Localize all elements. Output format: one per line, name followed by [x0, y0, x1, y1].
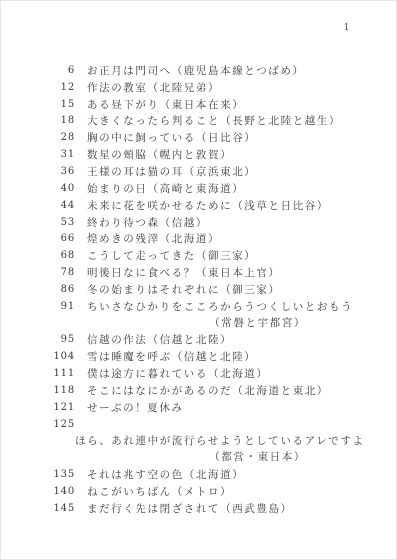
toc-entry: 104雪は睡魔を呼ぶ（信越と北陸） [47, 348, 368, 365]
toc-entry: （都営・東日本） [47, 449, 368, 466]
entry-page-number: 86 [47, 284, 75, 295]
entry-page-number: 44 [47, 200, 75, 211]
entry-title: 未来に花を咲かせるために（浅草と日比谷） [87, 198, 329, 213]
entry-title: そこにはなにかがあるのだ（北海道と東北） [87, 383, 329, 398]
entry-title: 明後日なに食べる？（東日本上官） [87, 265, 281, 280]
entry-title: 信越の作法（信越と北陸） [87, 332, 232, 347]
entry-page-number: 91 [47, 301, 75, 312]
toc-entry: 44未来に花を咲かせるために（浅草と日比谷） [47, 197, 368, 214]
entry-title: それは兆す空の色（北海道） [87, 467, 244, 482]
toc-entry: 125 [47, 416, 368, 433]
entry-title: 冬の始まりはそれぞれに（御三家） [87, 282, 281, 297]
entry-page-number: 6 [47, 65, 75, 76]
toc-entry: 121せーぶの！夏休み [47, 399, 368, 416]
entry-page-number: 31 [47, 149, 75, 160]
entry-page-number: 53 [47, 217, 75, 228]
entry-title: ねこがいちばん（メトロ） [87, 484, 232, 499]
entry-title: まだ行く先は閉ざされて（西武豊島） [87, 501, 293, 516]
toc-entry: ほら、あれ連中が流行らせようとしているアレですよ [47, 433, 368, 450]
entry-page-number: 12 [47, 82, 75, 93]
entry-page-number: 111 [47, 368, 75, 379]
entry-title: ちいさなひかりをこころからうつくしいとおもう [87, 299, 353, 314]
entry-page-number: 15 [47, 99, 75, 110]
entry-title: 始まりの日（高崎と東海道） [87, 181, 244, 196]
entry-title-continuation: （常磐と宇都宮） [209, 317, 306, 329]
entry-title: 大きくなったら判ること（長野と北陸と越生） [87, 113, 341, 128]
entry-page-number: 95 [47, 334, 75, 345]
entry-title: 僕は途方に暮れている（北海道） [87, 366, 269, 381]
toc-entry: 111僕は途方に暮れている（北海道） [47, 365, 368, 382]
entry-page-number: 104 [47, 351, 75, 362]
document-page: 1 6お正月は門司へ（鹿児島本線とつばめ）12作法の教室（北陸兄弟）15ある昼下… [0, 0, 397, 560]
toc-entry: 66煌めきの残滓（北海道） [47, 230, 368, 247]
toc-entry: 78明後日なに食べる？（東日本上官） [47, 264, 368, 281]
entry-title: 終わり待つ森（信越） [87, 215, 208, 230]
toc-entry: 68こうして走ってきた（御三家） [47, 247, 368, 264]
toc-entry: 6お正月は門司へ（鹿児島本線とつばめ） [47, 62, 368, 79]
toc-entry: 36王様の耳は猫の耳（京浜東北） [47, 163, 368, 180]
entry-page-number: 78 [47, 267, 75, 278]
entry-page-number: 140 [47, 486, 75, 497]
toc-entry: 135それは兆す空の色（北海道） [47, 466, 368, 483]
entry-page-number: 125 [47, 419, 75, 430]
entry-title: こうして走ってきた（御三家） [87, 248, 256, 263]
entry-page-number: 121 [47, 402, 75, 413]
entry-title: ある昼下がり（東日本在来） [87, 97, 244, 112]
entry-title: せーぶの！夏休み [87, 400, 184, 415]
toc-entry: 145まだ行く先は閉ざされて（西武豊島） [47, 500, 368, 517]
entry-title: ほら、あれ連中が流行らせようとしているアレですよ [75, 435, 365, 447]
entry-page-number: 40 [47, 183, 75, 194]
entry-title: 王様の耳は猫の耳（京浜東北） [87, 164, 256, 179]
toc-entry: 15ある昼下がり（東日本在来） [47, 96, 368, 113]
toc-entry: 31数星の頬脇（幌内と敦賀） [47, 146, 368, 163]
entry-page-number: 36 [47, 166, 75, 177]
entry-title: 雪は睡魔を呼ぶ（信越と北陸） [87, 349, 256, 364]
entry-page-number: 28 [47, 132, 75, 143]
entry-page-number: 145 [47, 503, 75, 514]
toc-entry: （常磐と宇都宮） [47, 315, 368, 332]
entry-page-number: 66 [47, 233, 75, 244]
page-number: 1 [344, 23, 350, 33]
toc-entry: 18大きくなったら判ること（長野と北陸と越生） [47, 113, 368, 130]
toc-entry: 40始まりの日（高崎と東海道） [47, 180, 368, 197]
toc-entry: 95信越の作法（信越と北陸） [47, 332, 368, 349]
entry-title: 胸の中に飼っている（日比谷） [87, 130, 256, 145]
entry-page-number: 135 [47, 469, 75, 480]
toc-entry: 86冬の始まりはそれぞれに（御三家） [47, 281, 368, 298]
toc-list: 6お正月は門司へ（鹿児島本線とつばめ）12作法の教室（北陸兄弟）15ある昼下がり… [47, 62, 368, 517]
toc-entry: 12作法の教室（北陸兄弟） [47, 79, 368, 96]
toc-entry: 53終わり待つ森（信越） [47, 214, 368, 231]
toc-entry: 118そこにはなにかがあるのだ（北海道と東北） [47, 382, 368, 399]
entry-title: 作法の教室（北陸兄弟） [87, 80, 220, 95]
toc-entry: 140ねこがいちばん（メトロ） [47, 483, 368, 500]
toc-entry: 28胸の中に飼っている（日比谷） [47, 129, 368, 146]
entry-page-number: 118 [47, 385, 75, 396]
entry-title: 数星の頬脇（幌内と敦賀） [87, 147, 232, 162]
entry-title: 煌めきの残滓（北海道） [87, 231, 220, 246]
entry-page-number: 18 [47, 115, 75, 126]
entry-title: お正月は門司へ（鹿児島本線とつばめ） [87, 63, 305, 78]
toc-entry: 91ちいさなひかりをこころからうつくしいとおもう [47, 298, 368, 315]
entry-page-number: 68 [47, 250, 75, 261]
entry-title-continuation: （都営・東日本） [209, 451, 306, 463]
